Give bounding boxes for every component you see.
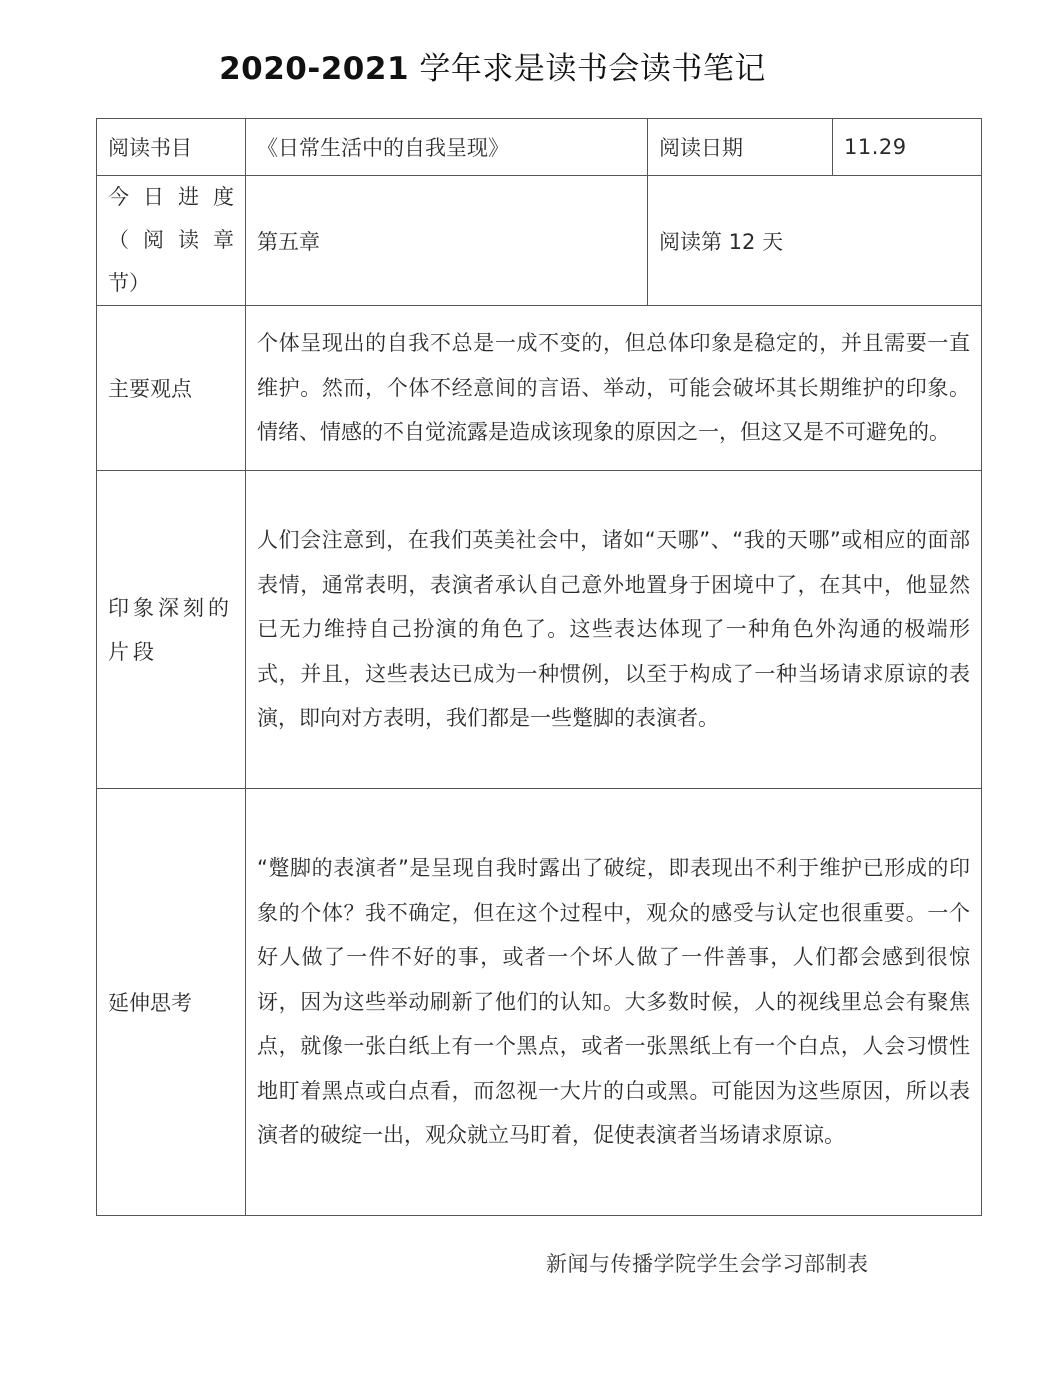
- footer-credit: 新闻与传播学院学生会学习部制表: [546, 1248, 869, 1278]
- book-label: 阅读书目: [97, 119, 246, 176]
- reflection-label: 延伸思考: [97, 789, 246, 1216]
- date-label: 阅读日期: [648, 119, 833, 176]
- book-title: 《日常生活中的自我呈现》: [246, 119, 648, 176]
- reading-notes-table: 阅读书目 《日常生活中的自我呈现》 阅读日期 11.29 今日进度 （阅读章 节…: [96, 118, 982, 1216]
- impressive-passage-text: 人们会注意到，在我们英美社会中，诸如“天哪”、“我的天哪”或相应的面部表情，通常…: [246, 471, 982, 789]
- table-row-reflection: 延伸思考 “蹩脚的表演者”是呈现自我时露出了破绽，即表现出不利于维护已形成的印象…: [97, 789, 982, 1216]
- progress-value: 第五章: [246, 176, 648, 306]
- progress-label-line-3: 节）: [108, 262, 234, 305]
- table-row-progress: 今日进度 （阅读章 节） 第五章 阅读第 12 天: [97, 176, 982, 306]
- reflection-text: “蹩脚的表演者”是呈现自我时露出了破绽，即表现出不利于维护已形成的印象的个体？我…: [246, 789, 982, 1216]
- title-text: 学年求是读书会读书笔记: [419, 51, 766, 87]
- day-count: 阅读第 12 天: [648, 176, 982, 306]
- page-title: 2020-2021 学年求是读书会读书笔记: [0, 46, 985, 92]
- progress-label-line-2: （阅读章: [108, 219, 234, 262]
- main-points-label: 主要观点: [97, 306, 246, 471]
- table-row-impressive-passage: 印象深刻的片段 人们会注意到，在我们英美社会中，诸如“天哪”、“我的天哪”或相应…: [97, 471, 982, 789]
- table-row-book: 阅读书目 《日常生活中的自我呈现》 阅读日期 11.29: [97, 119, 982, 176]
- title-year: 2020-2021: [219, 51, 409, 87]
- date-value: 11.29: [833, 119, 982, 176]
- progress-label-line-1: 今日进度: [108, 176, 234, 219]
- progress-label: 今日进度 （阅读章 节）: [97, 176, 246, 306]
- main-points-text: 个体呈现出的自我不总是一成不变的，但总体印象是稳定的，并且需要一直维护。然而，个…: [246, 306, 982, 471]
- impressive-passage-label: 印象深刻的片段: [97, 471, 246, 789]
- table-row-main-points: 主要观点 个体呈现出的自我不总是一成不变的，但总体印象是稳定的，并且需要一直维护…: [97, 306, 982, 471]
